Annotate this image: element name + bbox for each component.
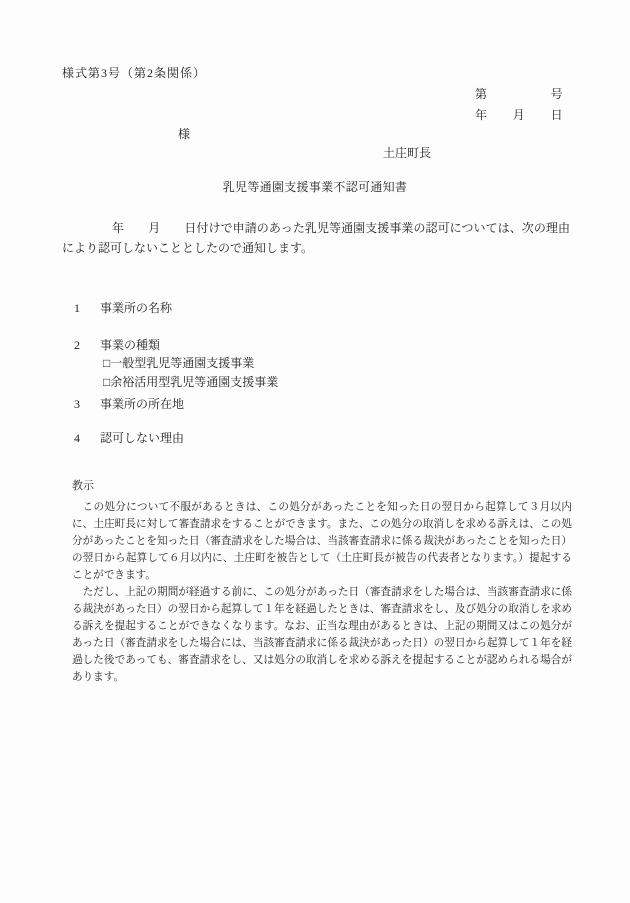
- addressee-honorific: 様: [178, 124, 190, 144]
- appeal-notice-section: 教示 この処分について不服があるときは、この処分があったことを知った日の翌日から…: [72, 478, 572, 686]
- notice-paragraph-1: この処分について不服があるときは、この処分があったことを知った日の翌日から起算し…: [72, 499, 572, 584]
- document-title: 乳児等通園支援事業不認可通知書: [0, 177, 630, 197]
- issue-date-line: 年 月 日: [475, 105, 563, 125]
- item-number: 4: [74, 428, 100, 448]
- sender-title: 土庄町長: [383, 143, 431, 163]
- document-number-line: 第 号: [475, 84, 563, 104]
- body-paragraph: 年 月 日付けで申請のあった乳児等通園支援事業の認可については、次の理由により認…: [62, 218, 570, 258]
- notice-paragraph-2: ただし、上記の期間が経過する前に、この処分があった日（審査請求をした場合は、当該…: [72, 584, 572, 686]
- document-page: 様式第3号（第2条関係） 第 号 年 月 日 様 土庄町長 乳児等通園支援事業不…: [0, 0, 630, 903]
- form-number-label: 様式第3号（第2条関係）: [62, 63, 206, 83]
- item-label: 事業所の名称: [100, 301, 172, 315]
- notice-heading: 教示: [72, 478, 572, 495]
- item-denial-reason: 4認可しない理由: [62, 408, 184, 468]
- item-label: 認可しない理由: [100, 431, 184, 445]
